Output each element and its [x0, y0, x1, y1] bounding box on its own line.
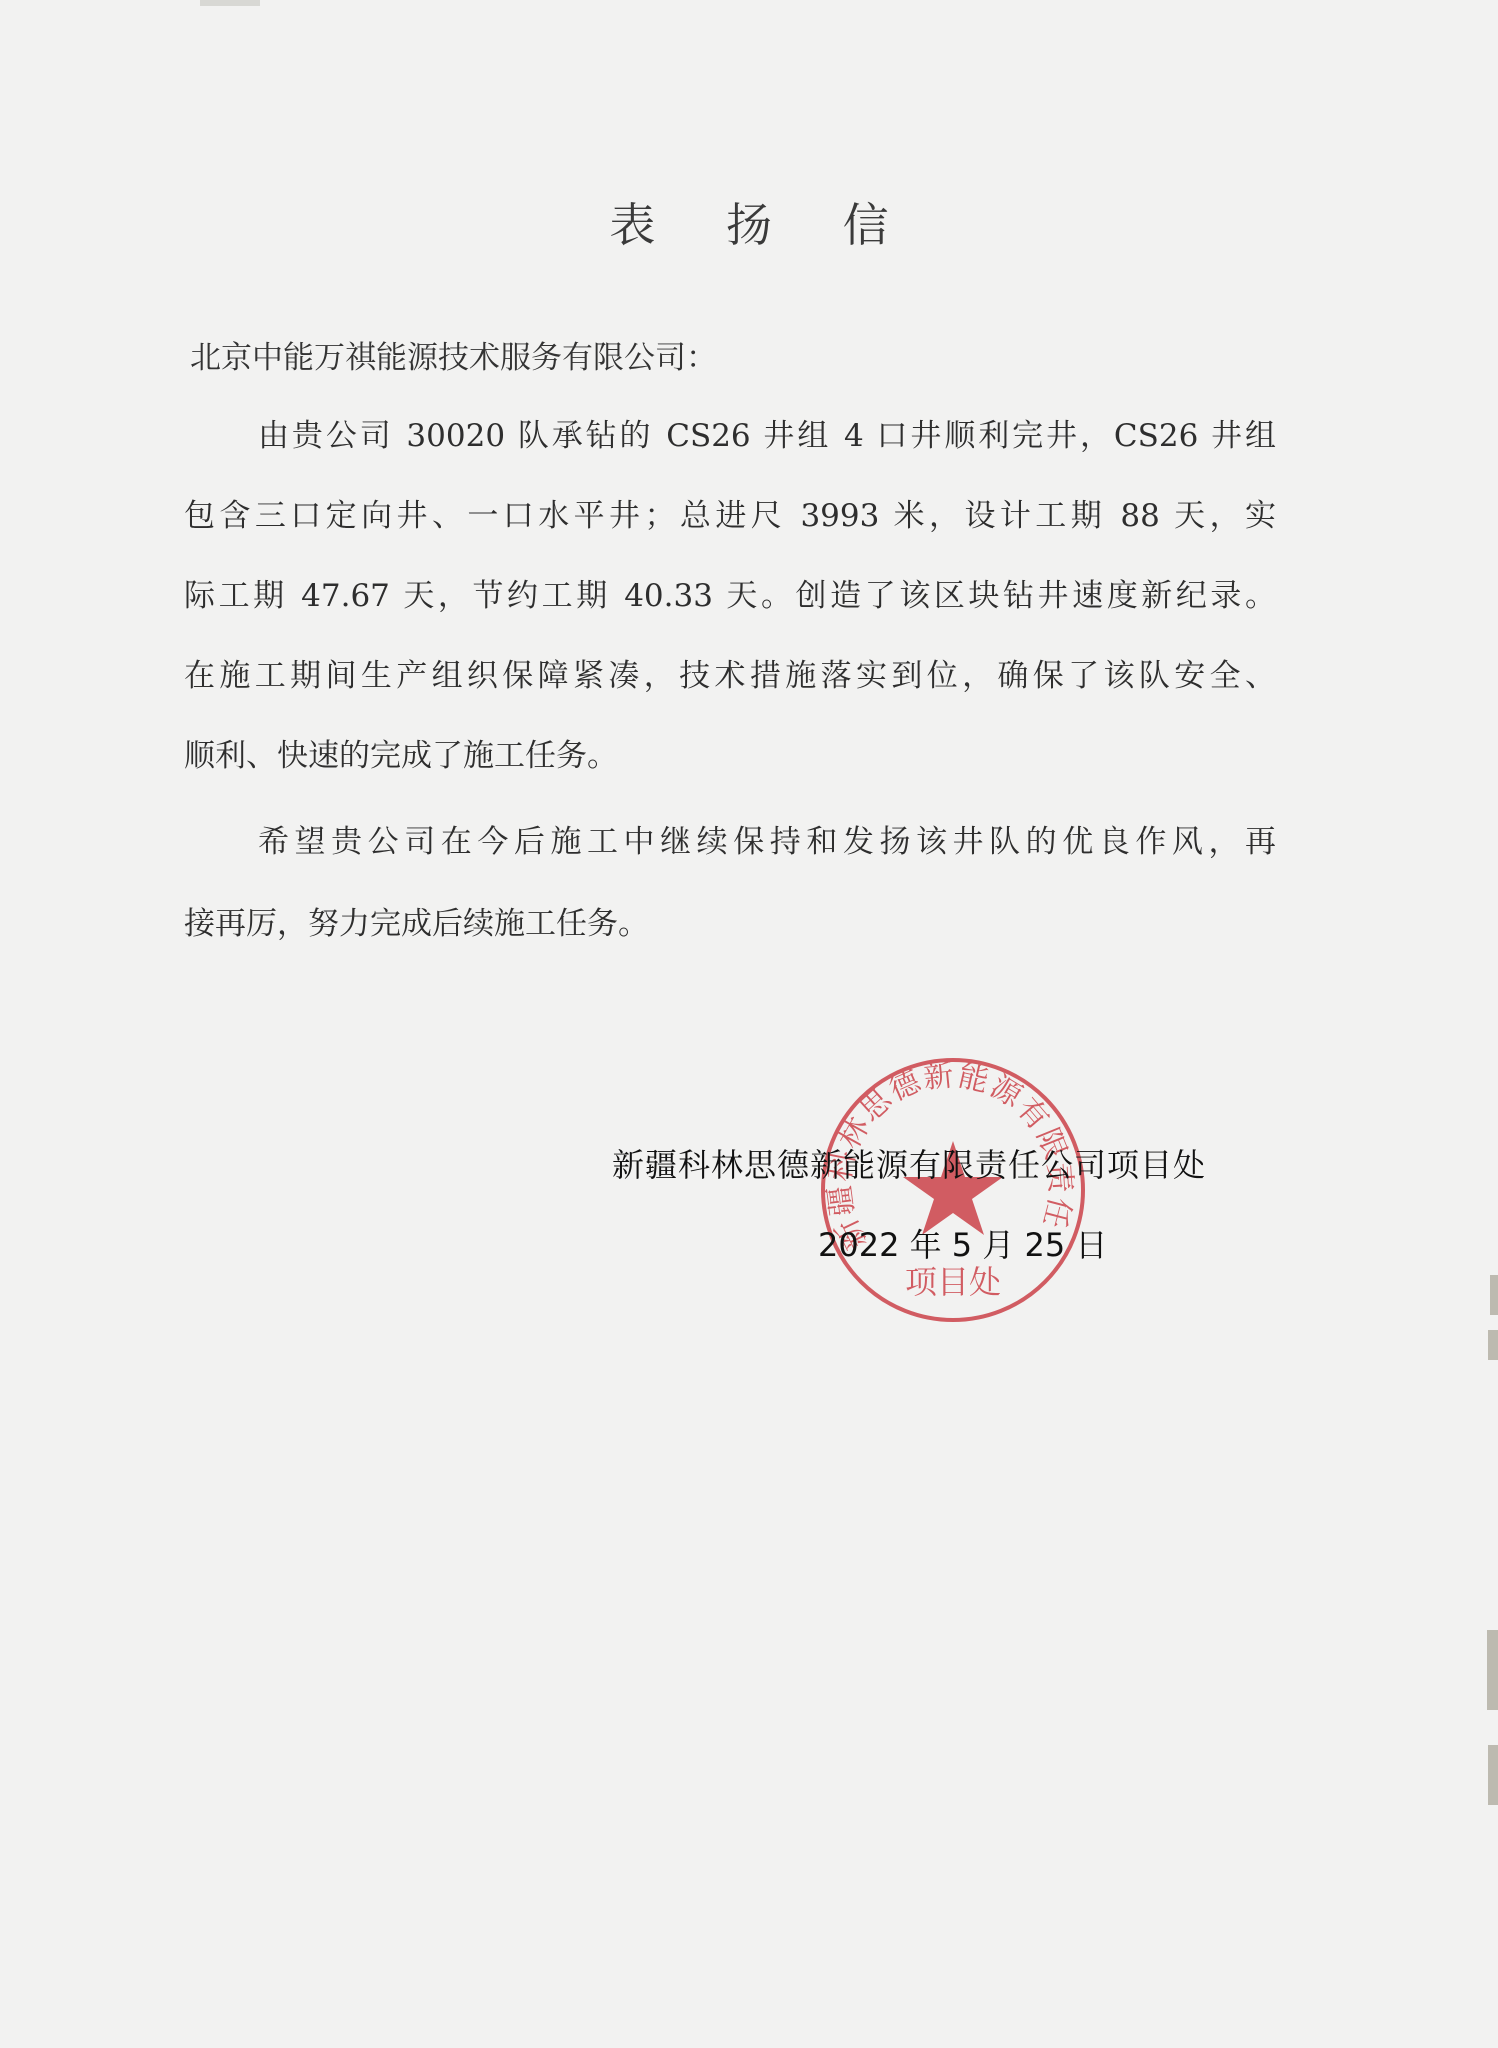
- scan-edge-mark: [1488, 1745, 1498, 1805]
- signer-organization: 新疆科林思德新能源有限责任公司项目处: [612, 1140, 1206, 1186]
- signature-date: 2022 年 5 月 25 日: [818, 1220, 1107, 1266]
- letter-title: 表 扬 信: [0, 189, 1498, 255]
- scan-smudge: [200, 0, 260, 6]
- scan-edge-mark: [1490, 1275, 1498, 1315]
- body-line: 顺利、快速的完成了施工任务。: [184, 730, 1276, 775]
- seal-bottom-text: 项目处: [905, 1263, 1001, 1301]
- body-line: 希望贵公司在今后施工中继续保持和发扬该井队的优良作风，再: [258, 816, 1276, 861]
- salutation: 北京中能万祺能源技术服务有限公司：: [190, 332, 717, 377]
- body-line: 接再厉，努力完成后续施工任务。: [184, 898, 1276, 943]
- body-line: 在施工期间生产组织保障紧凑，技术措施落实到位，确保了该队安全、: [184, 650, 1276, 695]
- body-line: 际工期 47.67 天，节约工期 40.33 天。创造了该区块钻井速度新纪录。: [184, 570, 1276, 615]
- official-seal: 新疆科林思德新能源有限责任公司 项目处: [818, 1053, 1088, 1328]
- body-line: 包含三口定向井、一口水平井；总进尺 3993 米，设计工期 88 天，实: [184, 490, 1276, 535]
- scan-edge-mark: [1487, 1630, 1498, 1710]
- body-line: 由贵公司 30020 队承钻的 CS26 井组 4 口井顺利完井，CS26 井组: [258, 410, 1276, 455]
- letter-page: 表 扬 信 北京中能万祺能源技术服务有限公司： 由贵公司 30020 队承钻的 …: [0, 0, 1498, 2048]
- scan-edge-mark: [1488, 1330, 1498, 1360]
